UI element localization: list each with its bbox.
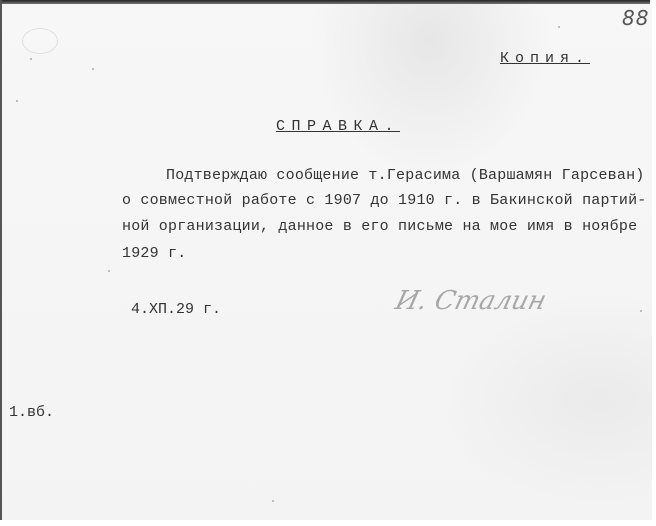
paper-speck bbox=[108, 270, 110, 272]
paper-speck bbox=[16, 100, 18, 102]
archive-page-number: 88 bbox=[622, 6, 649, 30]
scan-bottom-margin bbox=[0, 520, 656, 526]
paper-speck bbox=[640, 310, 642, 312]
handwritten-signature: И. Сталин bbox=[396, 280, 596, 330]
copy-mark: Копия. bbox=[500, 50, 590, 67]
paper-speck bbox=[558, 26, 560, 28]
body-line-4: 1929 г. bbox=[122, 245, 186, 262]
document-title: СПРАВКА. bbox=[276, 118, 400, 135]
paper-speck bbox=[30, 58, 32, 60]
scan-left-edge bbox=[0, 0, 2, 526]
body-line-1: Подтверждаю сообщение т.Герасима (Варшам… bbox=[166, 167, 644, 184]
typist-mark: 1.вб. bbox=[9, 404, 54, 421]
signature-text: И. Сталин bbox=[392, 286, 549, 316]
body-line-3: ной организации, данное в его письме на … bbox=[122, 218, 637, 235]
body-line-2: о совместной работе с 1907 до 1910 г. в … bbox=[122, 192, 646, 209]
paper-speck bbox=[92, 68, 94, 70]
faint-emblem-stamp bbox=[22, 28, 58, 54]
document-page: 88 Копия. СПРАВКА. Подтверждаю сообщение… bbox=[0, 0, 656, 526]
scan-top-edge bbox=[0, 0, 650, 4]
scan-right-margin bbox=[652, 0, 656, 526]
document-date: 4.ХП.29 г. bbox=[131, 301, 221, 318]
paper-speck bbox=[272, 500, 274, 502]
